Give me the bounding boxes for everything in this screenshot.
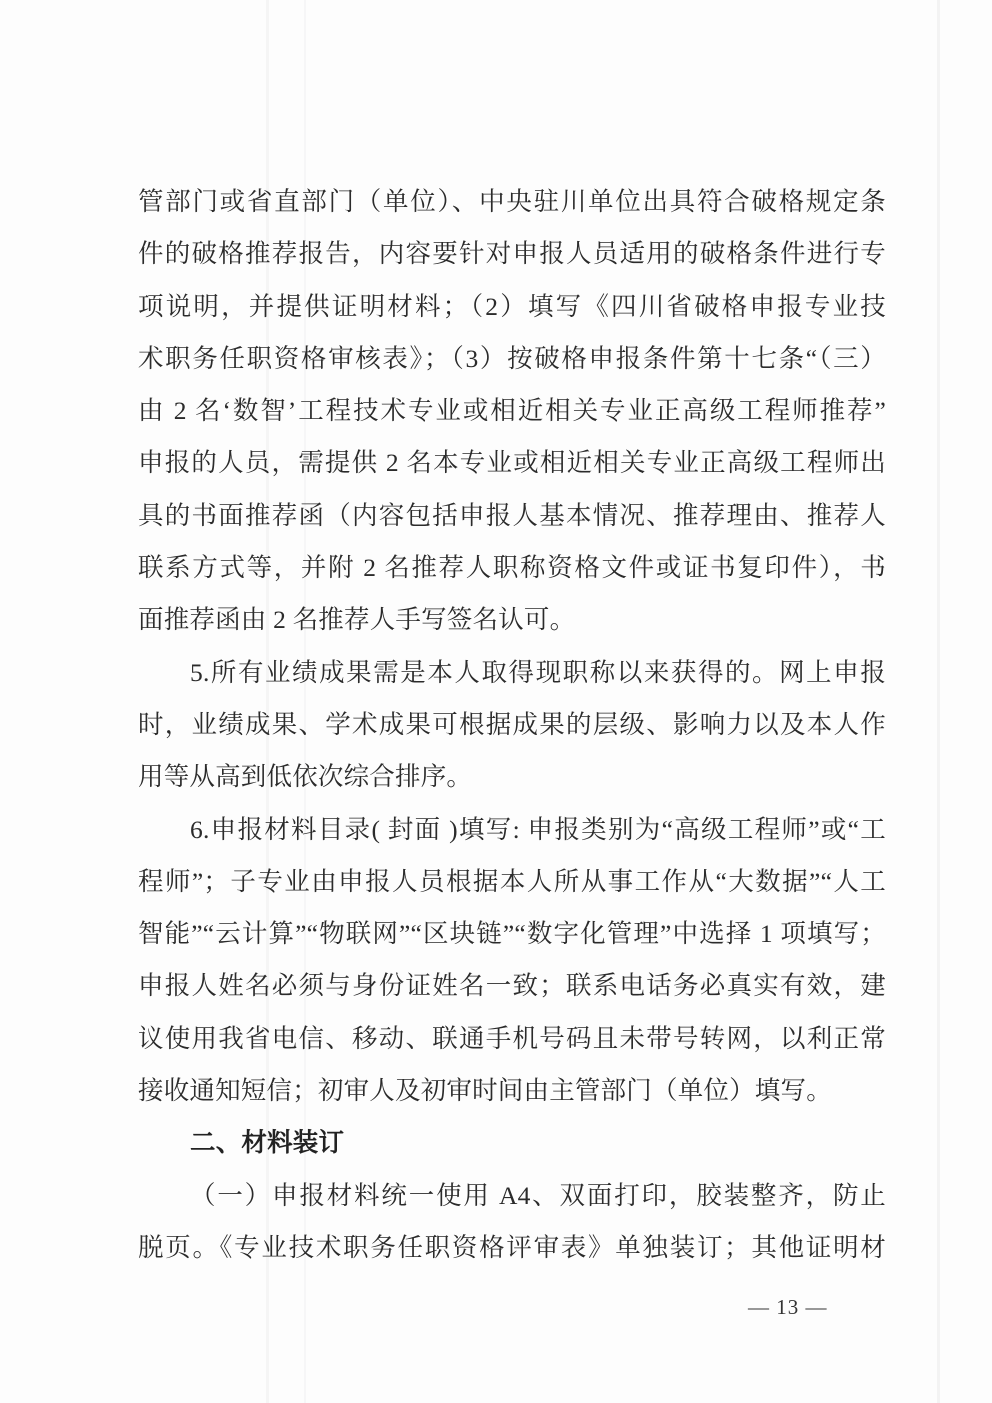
text-line: 联系方式等，并附 2 名推荐人职称资格文件或证书复印件），书 xyxy=(138,542,886,594)
text-line: 管部门或省直部门（单位）、中央驻川单位出具符合破格规定条 xyxy=(138,176,886,228)
text-line: 由 2 名‘数智’工程技术专业或相近相关专业正高级工程师推荐” xyxy=(138,385,886,437)
section-heading: 二、材料装订 xyxy=(138,1117,886,1169)
text-line: 用等从高到低依次综合排序。 xyxy=(138,751,886,803)
text-line: 智能”“云计算”“物联网”“区块链”“数字化管理”中选择 1 项填写； xyxy=(138,908,886,960)
page-number: — 13 — xyxy=(748,1292,868,1322)
text-line: 面推荐函由 2 名推荐人手写签名认可。 xyxy=(138,594,886,646)
text-line: 程师”；子专业由申报人员根据本人所从事工作从“大数据”“人工 xyxy=(138,856,886,908)
text-line: 6.申报材料目录( 封面 )填写: 申报类别为“高级工程师”或“工 xyxy=(138,804,886,856)
text-line: 项说明，并提供证明材料；（2）填写《四川省破格申报专业技 xyxy=(138,281,886,333)
text-line: 接收通知短信；初审人及初审时间由主管部门（单位）填写。 xyxy=(138,1065,886,1117)
text-line: 申报人姓名必须与身份证姓名一致；联系电话务必真实有效，建 xyxy=(138,960,886,1012)
document-page: 管部门或省直部门（单位）、中央驻川单位出具符合破格规定条 件的破格推荐报告，内容… xyxy=(0,0,992,1403)
text-line: （一）申报材料统一使用 A4、双面打印，胶装整齐，防止 xyxy=(138,1170,886,1222)
text-line: 件的破格推荐报告，内容要针对申报人员适用的破格条件进行专 xyxy=(138,228,886,280)
text-line: 脱页。《专业技术职务任职资格评审表》单独装订；其他证明材 xyxy=(138,1222,886,1274)
text-line: 术职务任职资格审核表》；（3）按破格申报条件第十七条“（三） xyxy=(138,333,886,385)
scan-artifact-line xyxy=(937,0,940,1403)
document-body: 管部门或省直部门（单位）、中央驻川单位出具符合破格规定条 件的破格推荐报告，内容… xyxy=(138,176,886,1274)
text-line: 申报的人员，需提供 2 名本专业或相近相关专业正高级工程师出 xyxy=(138,437,886,489)
text-line: 5.所有业绩成果需是本人取得现职称以来获得的。网上申报 xyxy=(138,647,886,699)
text-line: 具的书面推荐函（内容包括申报人基本情况、推荐理由、推荐人 xyxy=(138,490,886,542)
text-line: 议使用我省电信、移动、联通手机号码且未带号转网，以利正常 xyxy=(138,1013,886,1065)
text-line: 时，业绩成果、学术成果可根据成果的层级、影响力以及本人作 xyxy=(138,699,886,751)
